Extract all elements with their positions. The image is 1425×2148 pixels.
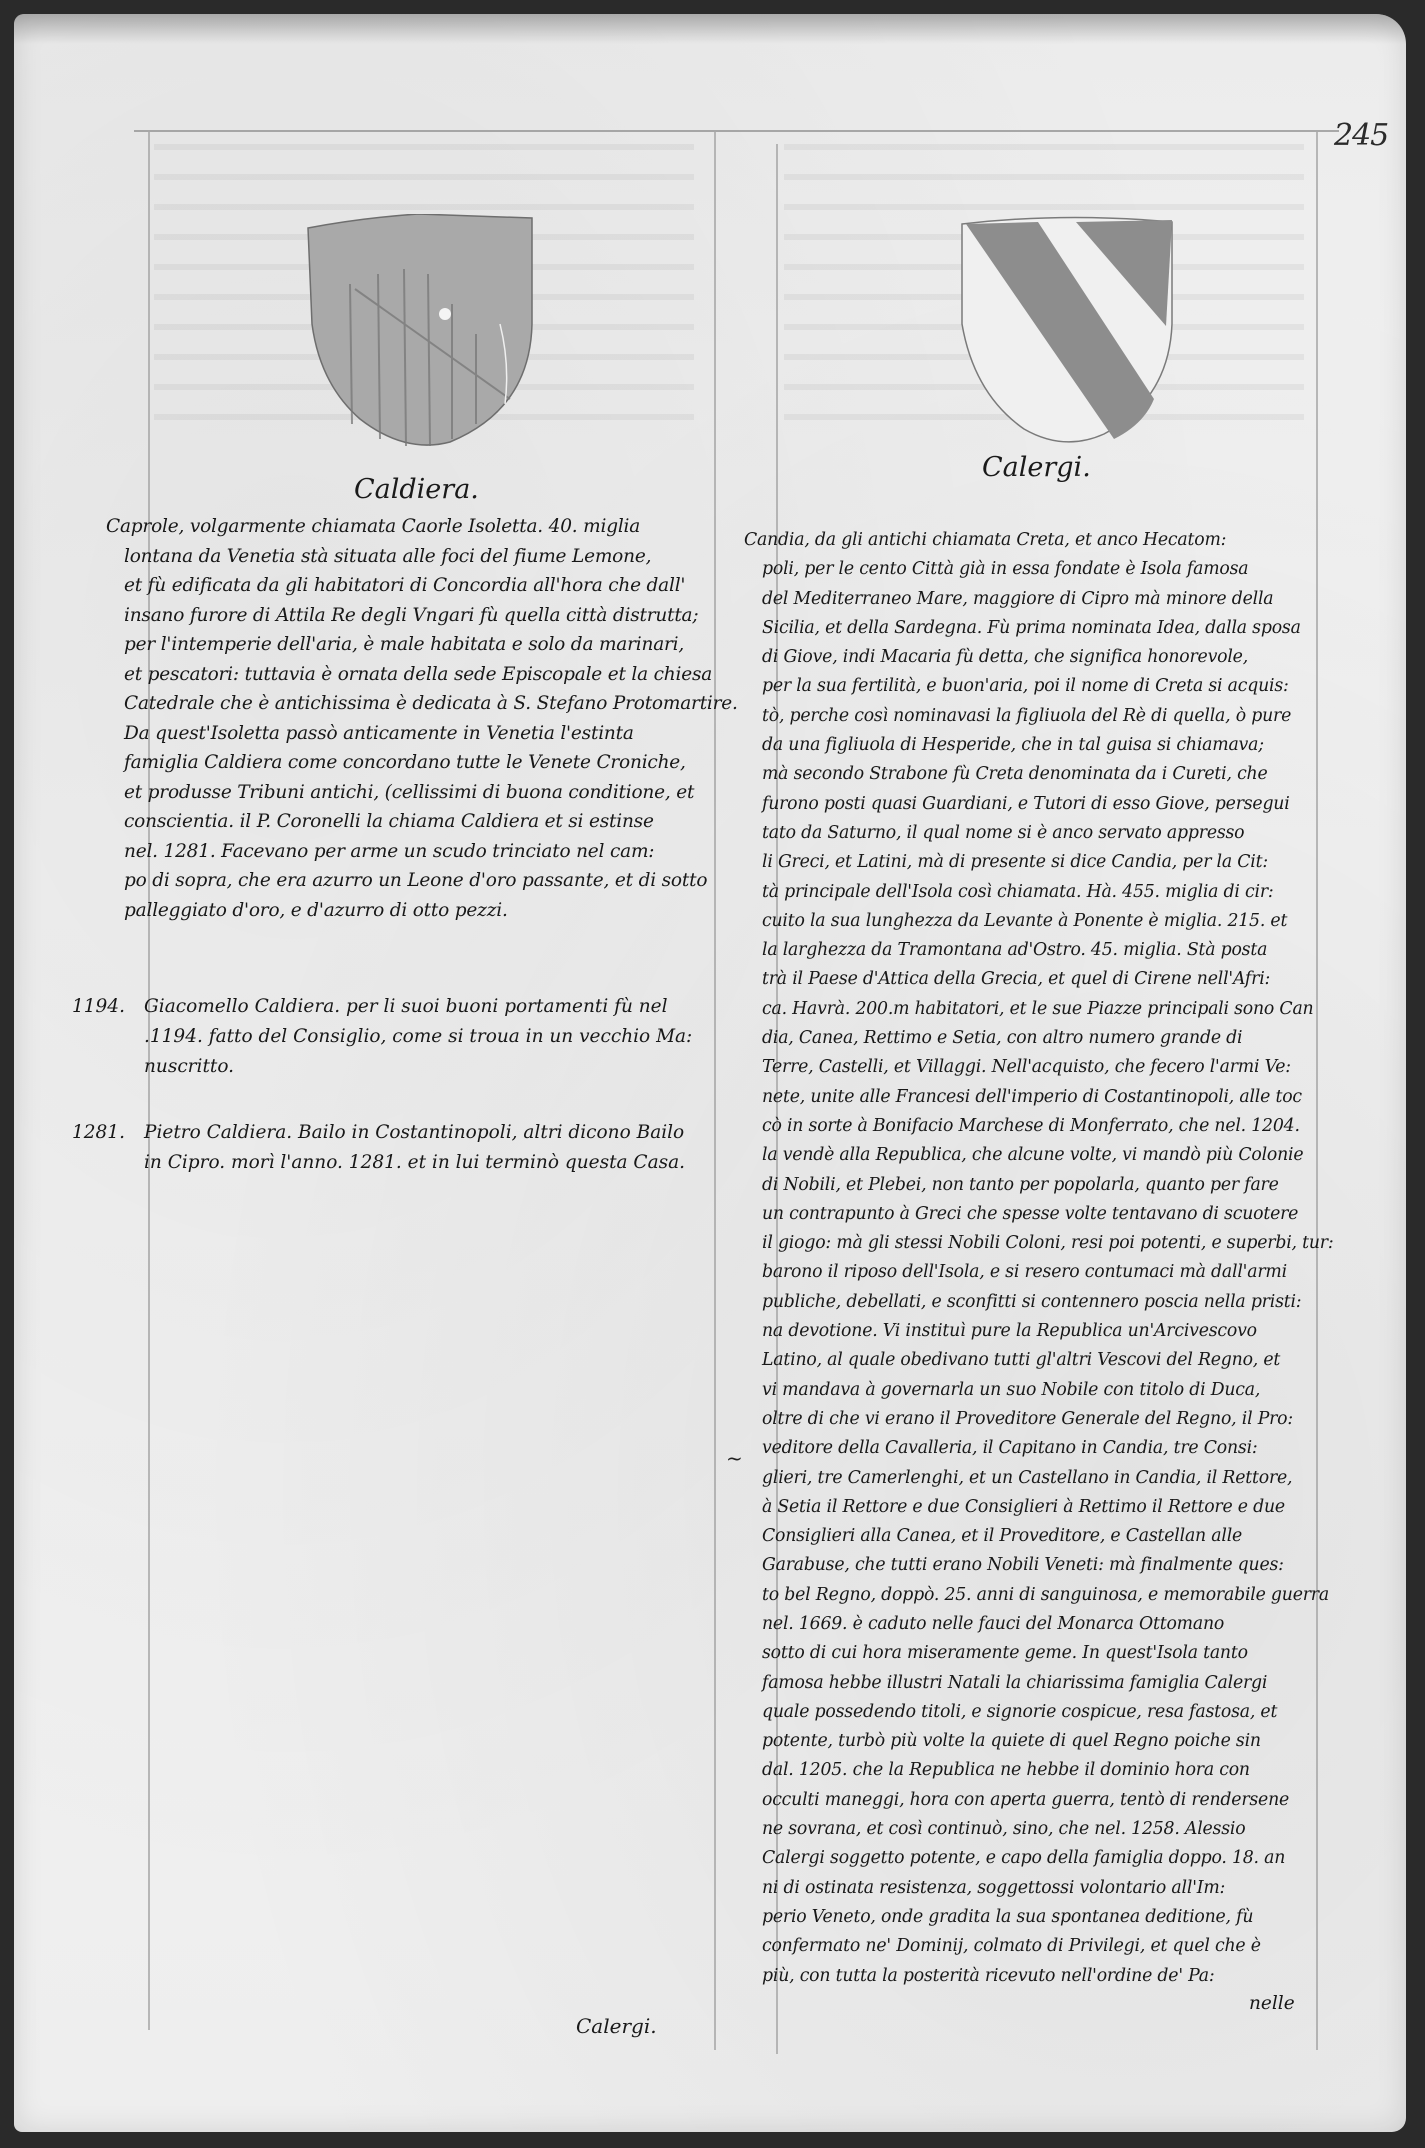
- text-line: trà il Paese d'Attica della Grecia, et q…: [744, 965, 1333, 994]
- text-line: Caprole, volgarmente chiamata Caorle Iso…: [106, 512, 738, 542]
- text-line: dia, Canea, Rettimo e Setia, con altro n…: [744, 1024, 1333, 1053]
- text-line: sotto di cui hora miseramente geme. In q…: [744, 1639, 1333, 1668]
- manuscript-page: 245 Caldiera. Calergi.: [14, 14, 1406, 2132]
- text-line: tà principale dell'Isola così chiamata. …: [744, 878, 1333, 907]
- text-line: quale possedendo titoli, e signorie cosp…: [744, 1698, 1333, 1727]
- text-line: tò, perche così nominavasi la figliuola …: [744, 702, 1333, 731]
- folio-number: 245: [1334, 118, 1388, 153]
- marginal-mark: ~: [726, 1446, 743, 1470]
- text-line: di Giove, indi Macaria fù detta, che sig…: [744, 643, 1333, 672]
- text-line: tato da Saturno, il qual nome si è anco …: [744, 819, 1333, 848]
- text-line: Terre, Castelli, et Villaggi. Nell'acqui…: [744, 1053, 1333, 1082]
- text-line: Latino, al quale obedivano tutti gl'altr…: [744, 1346, 1333, 1375]
- calergi-shield: [954, 214, 1179, 453]
- text-line: del Mediterraneo Mare, maggiore di Cipro…: [744, 585, 1333, 614]
- caldiera-caption: Caldiera.: [354, 474, 479, 505]
- text-line: di Nobili, et Plebei, non tanto per popo…: [744, 1171, 1333, 1200]
- text-line: mà secondo Strabone fù Creta denominata …: [744, 760, 1333, 789]
- text-line: .1194. fatto del Consiglio, come si trou…: [144, 1022, 692, 1052]
- text-line: il giogo: mà gli stessi Nobili Coloni, r…: [744, 1229, 1333, 1258]
- entry-year: 1194.: [72, 992, 125, 1022]
- trailing-catchword-right: nelle: [1249, 1989, 1295, 2019]
- text-line: nuscritto.: [144, 1052, 692, 1082]
- text-line: poli, per le cento Città già in essa fon…: [744, 555, 1333, 584]
- text-line: ca. Havrà. 200.m habitatori, et le sue P…: [744, 995, 1333, 1024]
- text-line: occulti maneggi, hora con aperta guerra,…: [744, 1786, 1333, 1815]
- text-line: Calergi soggetto potente, e capo della f…: [744, 1844, 1333, 1873]
- text-line: nete, unite alle Francesi dell'imperio d…: [744, 1083, 1333, 1112]
- catchword: Calergi.: [576, 2014, 657, 2038]
- caldiera-shield: [300, 214, 540, 453]
- text-line: nel. 1669. è caduto nelle fauci del Mona…: [744, 1610, 1333, 1639]
- entry-year: 1281.: [72, 1118, 125, 1148]
- text-line: più, con tutta la posterità ricevuto nel…: [744, 1962, 1333, 1991]
- text-line: cuito la sua lunghezza da Levante à Pone…: [744, 907, 1333, 936]
- text-line: famiglia Caldiera come concordano tutte …: [106, 748, 738, 778]
- text-line: Da quest'Isoletta passò anticamente in V…: [106, 719, 738, 749]
- text-line: to bel Regno, doppò. 25. anni di sanguin…: [744, 1581, 1333, 1610]
- text-line: li Greci, et Latini, mà di presente si d…: [744, 848, 1333, 877]
- text-line: publiche, debellati, e sconfitti si cont…: [744, 1288, 1333, 1317]
- text-line: Garabuse, che tutti erano Nobili Veneti:…: [744, 1551, 1333, 1580]
- text-line: da una figliuola di Hesperide, che in ta…: [744, 731, 1333, 760]
- text-line: ni di ostinata resistenza, soggettossi v…: [744, 1874, 1333, 1903]
- text-line: la vendè alla Republica, che alcune volt…: [744, 1141, 1333, 1170]
- text-line: et fù edificata da gli habitatori di Con…: [106, 571, 738, 601]
- text-line: Consiglieri alla Canea, et il Proveditor…: [744, 1522, 1333, 1551]
- text-line: confermato ne' Dominij, colmato di Privi…: [744, 1932, 1333, 1961]
- text-line: lontana da Venetia stà situata alle foci…: [106, 542, 738, 572]
- text-line: la larghezza da Tramontana ad'Ostro. 45.…: [744, 936, 1333, 965]
- text-line: cò in sorte à Bonifacio Marchese di Monf…: [744, 1112, 1333, 1141]
- text-line: per l'intemperie dell'aria, è male habit…: [106, 630, 738, 660]
- text-line: per la sua fertilità, e buon'aria, poi i…: [744, 672, 1333, 701]
- text-line: in Cipro. morì l'anno. 1281. et in lui t…: [144, 1148, 685, 1178]
- entry-text: Pietro Caldiera. Bailo in Costantinopoli…: [144, 1118, 685, 1178]
- text-line: furono posti quasi Guardiani, e Tutori d…: [744, 790, 1333, 819]
- text-line: conscientia. il P. Coronelli la chiama C…: [106, 807, 738, 837]
- top-ruling-line: [134, 130, 1339, 132]
- text-line: Giacomello Caldiera. per li suoi buoni p…: [144, 992, 692, 1022]
- text-line: et pescatori: tuttavia è ornata della se…: [106, 660, 738, 690]
- text-line: oltre di che vi erano il Proveditore Gen…: [744, 1405, 1333, 1434]
- text-line: ne sovrana, et così continuò, sino, che …: [744, 1815, 1333, 1844]
- text-line: potente, turbò più volte la quiete di qu…: [744, 1727, 1333, 1756]
- text-line: palleggiato d'oro, e d'azurro di otto pe…: [106, 896, 738, 926]
- text-line: glieri, tre Camerlenghi, et un Castellan…: [744, 1464, 1333, 1493]
- text-line: insano furore di Attila Re degli Vngari …: [106, 601, 738, 631]
- text-line: veditore della Cavalleria, il Capitano i…: [744, 1434, 1333, 1463]
- text-line: Catedrale che è antichissima è dedicata …: [106, 689, 738, 719]
- text-line: vi mandava à governarla un suo Nobile co…: [744, 1376, 1333, 1405]
- text-line: po di sopra, che era azurro un Leone d'o…: [106, 866, 738, 896]
- text-line: un contrapunto à Greci che spesse volte …: [744, 1200, 1333, 1229]
- text-line: nel. 1281. Facevano per arme un scudo tr…: [106, 837, 738, 867]
- caldiera-coat-of-arms-icon: [300, 214, 540, 449]
- entry-text: Giacomello Caldiera. per li suoi buoni p…: [144, 992, 692, 1082]
- text-line: nelle: [1249, 1993, 1295, 2014]
- calergi-caption: Calergi.: [982, 452, 1091, 483]
- text-line: barono il riposo dell'Isola, e si resero…: [744, 1258, 1333, 1287]
- column-divider-left: [714, 130, 716, 2050]
- text-line: Sicilia, et della Sardegna. Fù prima nom…: [744, 614, 1333, 643]
- text-line: à Setia il Rettore e due Consiglieri à R…: [744, 1493, 1333, 1522]
- candia-calergi-description: Candia, da gli antichi chiamata Creta, e…: [744, 526, 1333, 1991]
- text-line: perio Veneto, onde gradita la sua sponta…: [744, 1903, 1333, 1932]
- text-line: na devotione. Vi instituì pure la Republ…: [744, 1317, 1333, 1346]
- text-line: Candia, da gli antichi chiamata Creta, e…: [744, 526, 1333, 555]
- caldiera-description: Caprole, volgarmente chiamata Caorle Iso…: [106, 512, 738, 925]
- text-line: dal. 1205. che la Republica ne hebbe il …: [744, 1756, 1333, 1785]
- text-line: Pietro Caldiera. Bailo in Costantinopoli…: [144, 1118, 685, 1148]
- text-line: et produsse Tribuni antichi, (cellissimi…: [106, 778, 738, 808]
- text-line: famosa hebbe illustri Natali la chiariss…: [744, 1669, 1333, 1698]
- calergi-coat-of-arms-icon: [954, 214, 1179, 449]
